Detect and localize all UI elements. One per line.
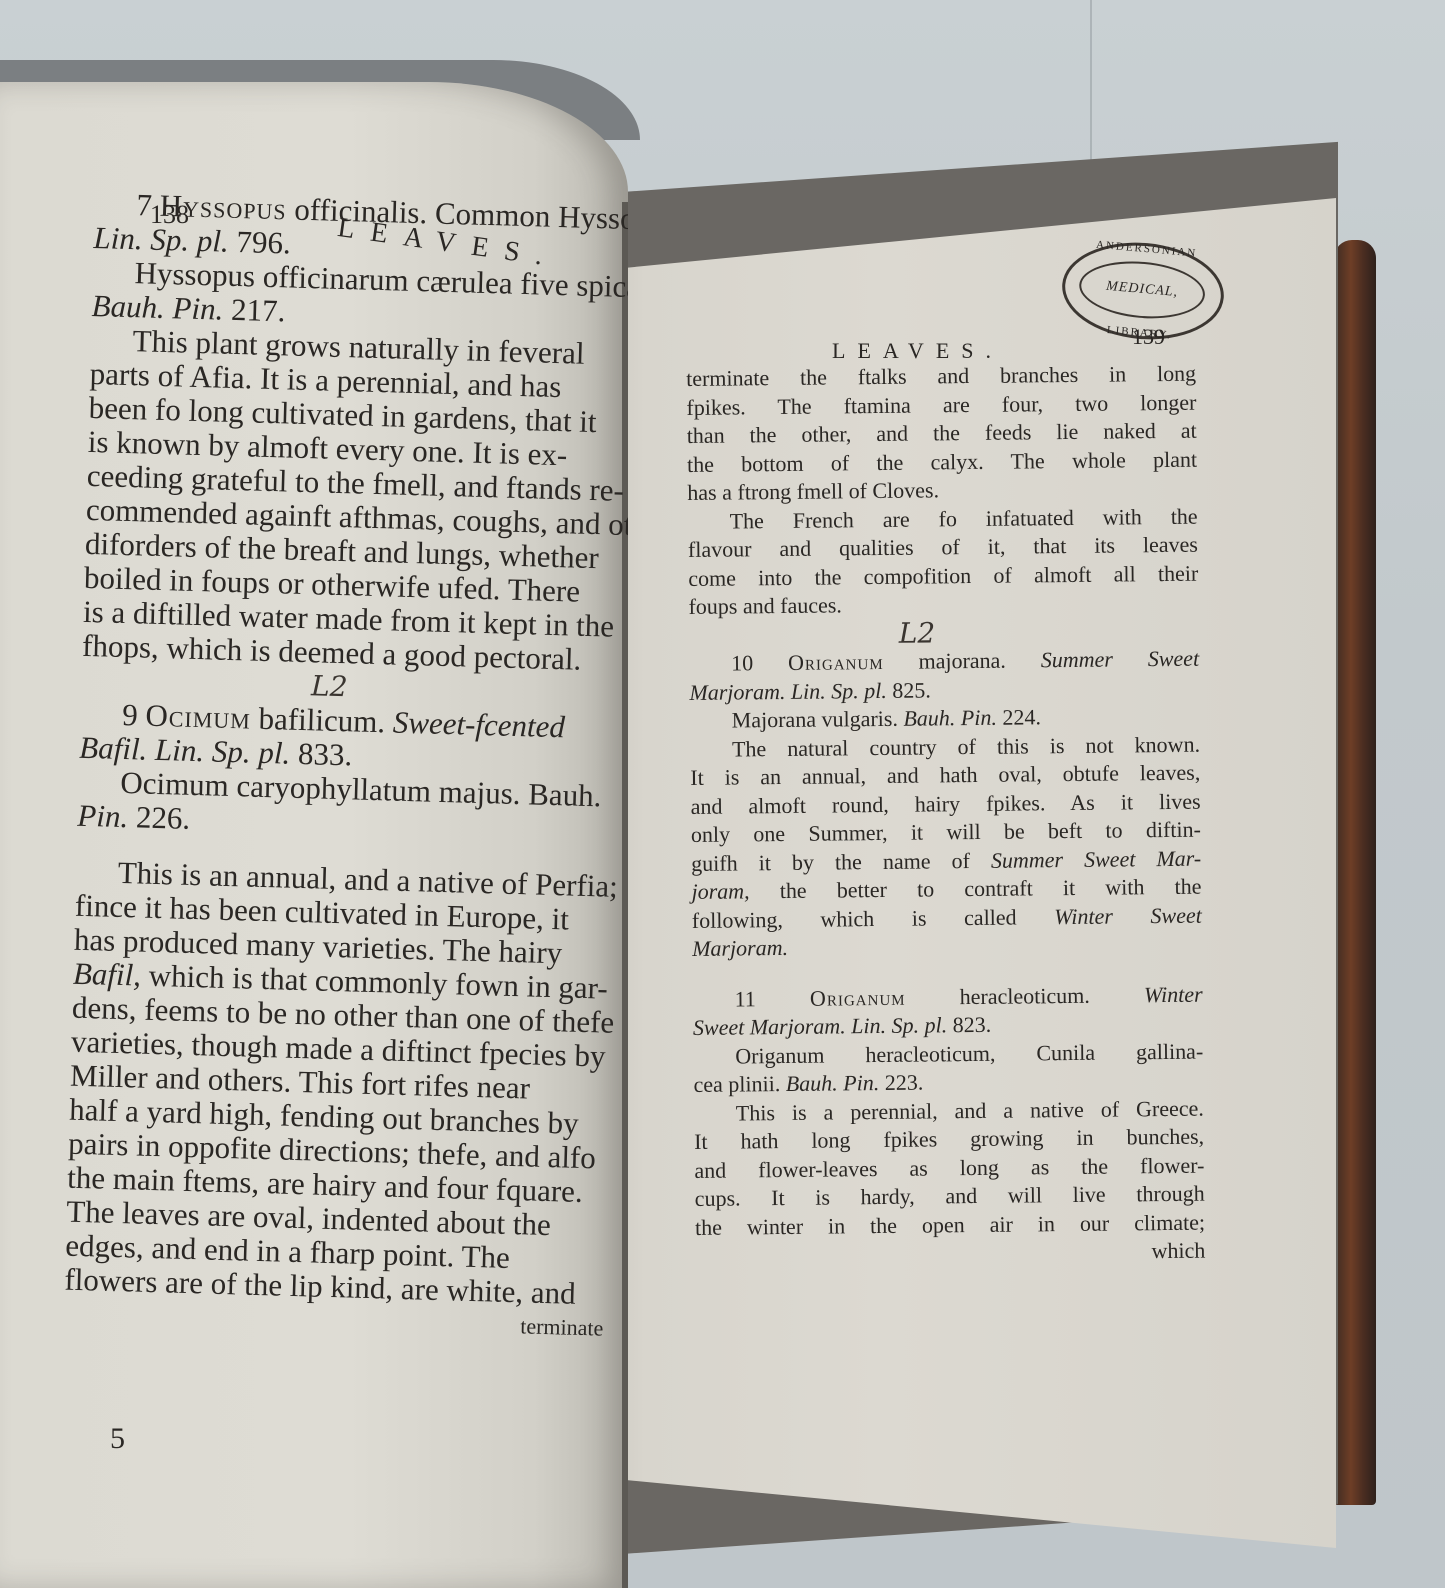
italic-text: Sweet Marjoram. Lin. Sp. pl. [693,1012,947,1040]
text-line: cups. It is hardy, and will live through [695,1180,1205,1214]
text-line: the winter in the open air in our climat… [695,1208,1205,1242]
text-run: following, which is called [692,904,1055,933]
genus-name: Ocimum [145,698,251,736]
text-line: than the other, and the feeds lie naked … [687,417,1197,451]
text-line: It is an annual, and hath oval, obtufe l… [690,759,1200,793]
text-line: 10 Origanum majorana. Summer Sweet [689,645,1199,679]
text-line: It hath long fpikes growing in bunches, [694,1123,1204,1157]
signature-mark: 5 [110,1422,125,1456]
text-run: and flower-leaves as long as the flower- [694,1152,1204,1182]
text-run: 11 [735,985,811,1011]
genus-name: Origanum [810,984,906,1010]
italic-text: Bauh. Pin. [786,1070,880,1096]
text-run: cups. It is hardy, and will live through [695,1181,1205,1211]
text-line: only one Summer, it will be beft to dift… [691,816,1201,850]
text-run: and almoft round, hairy fpikes. As it li… [690,788,1200,818]
book-binding-spine [1334,240,1376,1505]
text-run: 9 [122,697,146,733]
text-run: It is an annual, and hath oval, obtufe l… [690,760,1200,790]
italic-text: Summer Sweet [1041,646,1200,673]
genus-name: Origanum [788,649,884,675]
italic-text: Pin. [77,798,129,834]
text-run: 823. [947,1012,991,1037]
right-page-body: terminate the ftalks and branches in lon… [686,360,1205,1271]
italic-text: Bafil. Lin. Sp. pl. [79,730,291,771]
text-run: cea plinii. [693,1071,786,1097]
italic-text: Marjoram. Lin. Sp. pl. [689,677,887,704]
text-run: flavour and qualities of it, that its le… [688,532,1198,562]
text-run: come into the compofition of almoft all … [688,560,1198,590]
text-run: the winter in the open air in our climat… [695,1209,1205,1239]
italic-text: joram, [691,878,749,904]
text-run: has a ftrong fmell of Cloves. [687,477,939,505]
left-page: 138 LEAVES. 7 Hyssopus officinalis. Comm… [0,82,628,1588]
text-line: the bottom of the calyx. The whole plant [687,445,1197,479]
text-run: Majorana vulgaris. [732,706,904,733]
stamp-inner-oval: MEDICAL, [1077,257,1207,324]
text-line: Origanum heracleoticum, Cunila gallina- [693,1037,1203,1071]
text-run: 226. [128,799,191,836]
text-run: only one Summer, it will be beft to dift… [691,817,1201,847]
left-page-body: 7 Hyssopus officinalis. Common Hyssop.Li… [63,187,628,1346]
text-line: joram, the better to contraft it with th… [691,873,1201,907]
text-run: 833. [290,736,353,773]
italic-text: Sweet-fcented [392,705,565,745]
text-run: 217. [223,292,286,329]
text-run: 796. [228,224,291,261]
stamp-middle-text: MEDICAL, [1105,279,1178,301]
text-line: 11 Origanum heracleoticum. Winter [692,980,1202,1014]
italic-text: Summer Sweet Mar- [991,845,1202,872]
text-run: guifh it by the name of [691,847,991,875]
text-run: terminate the ftalks and branches in lon… [686,361,1196,391]
right-page-number: 139 [1132,324,1165,350]
text-run: 10 [731,650,788,676]
text-run: This is a perennial, and a native of Gre… [736,1095,1204,1125]
text-run: fpikes. The ftamina are four, two longer [686,389,1196,419]
italic-text: Bauh. Pin. [903,705,997,731]
text-run: The natural country of this is not known… [732,731,1200,761]
italic-text: Winter [1144,981,1203,1007]
text-run: The French are fo infatuated with the [730,503,1198,533]
text-line: flavour and qualities of it, that its le… [688,531,1198,565]
right-running-head: LEAVES. [832,338,1003,364]
text-line: following, which is called Winter Sweet [692,901,1202,935]
text-run: than the other, and the feeds lie naked … [687,418,1197,448]
italic-text: Bauh. Pin. [91,288,224,327]
text-run: 224. [997,704,1041,729]
catchword: which [695,1237,1205,1271]
text-run: the bottom of the calyx. The whole plant [687,446,1197,476]
text-line: terminate the ftalks and branches in lon… [686,360,1196,394]
text-run: It hath long fpikes growing in bunches, [694,1124,1204,1154]
italic-text: Bafil, [73,956,142,993]
text-run: the better to contraft it with the [749,874,1201,904]
genus-name: Hyssopus [159,188,287,227]
text-run: 223. [879,1070,923,1095]
text-run: bafilicum. [250,701,393,740]
text-run: terminate [520,1313,604,1340]
text-run: 825. [887,677,931,702]
italic-text: Lin. Sp. pl. [93,220,229,259]
text-run: heracleoticum. [905,982,1144,1009]
text-run: Origanum heracleoticum, Cunila gallina- [735,1038,1203,1068]
italic-text: Winter Sweet [1054,902,1202,929]
text-run: foups and fauces. [688,592,842,619]
text-run: majorana. [883,647,1040,674]
text-run: 7 [136,187,160,223]
italic-text: Marjoram. [692,935,788,961]
text-line: come into the compofition of almoft all … [688,559,1198,593]
